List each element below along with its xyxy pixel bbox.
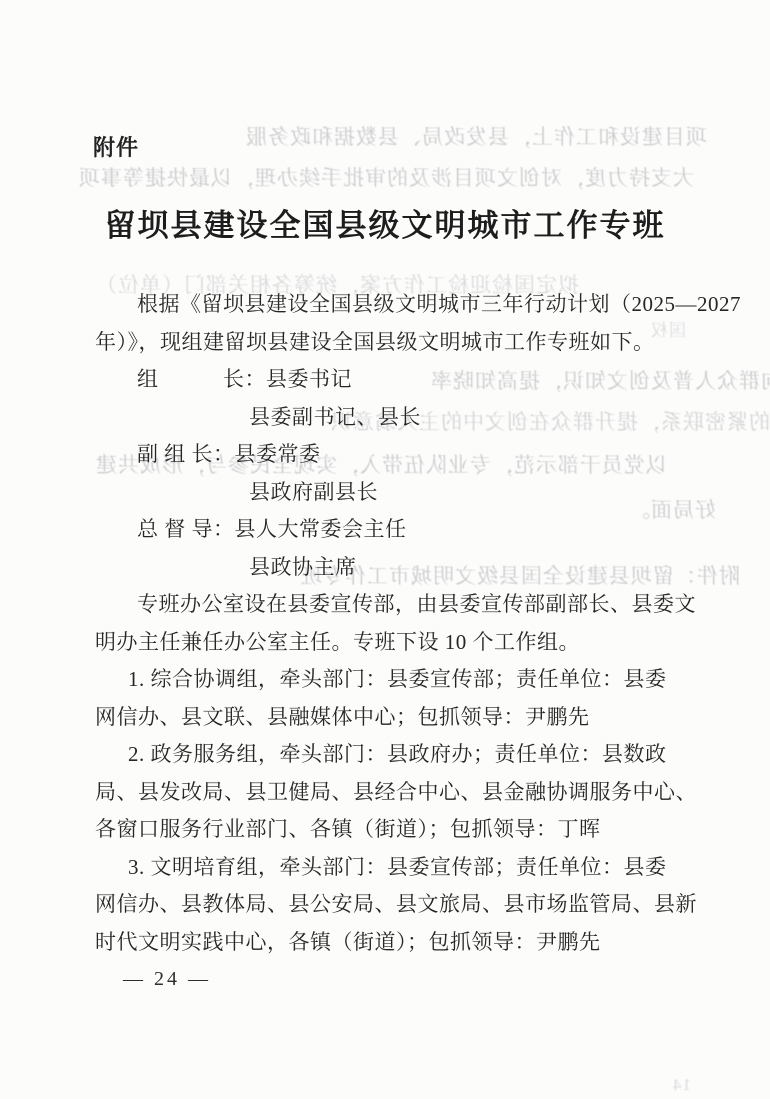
list-item-3-continuation: 时代文明实践中心，各镇（街道）；包抓领导：尹鹏先 xyxy=(95,929,601,956)
page-number: — 24 — xyxy=(123,968,211,991)
list-item-2-continuation: 局、县发改局、县卫健局、县经合中心、县金融协调服务中心、 xyxy=(95,779,697,806)
list-item-1: 1. 综合协调组，牵头部门：县委宣传部；责任单位：县委 xyxy=(128,666,667,693)
list-item-1-continuation: 网信办、县文联、县融媒体中心；包抓领导：尹鹏先 xyxy=(95,704,590,731)
body-line: 根据《留坝县建设全国县级文明城市三年行动计划（2025—2027 xyxy=(137,291,741,318)
list-item-3-continuation: 网信办、县教体局、县公安局、县文旅局、县市场监管局、县新 xyxy=(95,891,697,918)
roster-line-deputy: 副 组 长：县委常委 xyxy=(137,441,321,468)
roster-line-continuation: 县政协主席 xyxy=(249,554,357,581)
roster-line-continuation: 县政府副县长 xyxy=(249,479,378,506)
list-item-3: 3. 文明培育组，牵头部门：县委宣传部；责任单位：县委 xyxy=(128,854,667,881)
body-line: 年）》，现组建留坝县建设全国县级文明城市工作专班如下。 xyxy=(95,329,655,356)
body-line: 明办主任兼任办公室主任。专班下设 10 个工作组。 xyxy=(95,629,580,656)
document-content: 附件 留坝县建设全国县级文明城市工作专班 根据《留坝县建设全国县级文明城市三年行… xyxy=(0,0,770,1099)
doc-title: 留坝县建设全国县级文明城市工作专班 xyxy=(0,200,770,245)
list-item-2-continuation: 各窗口服务行业部门、各镇（街道）；包抓领导：丁晖 xyxy=(95,816,601,843)
roster-line-leader: 组 长：县委书记 xyxy=(137,366,352,393)
roster-line-continuation: 县委副书记、县长 xyxy=(249,404,421,431)
attachment-label: 附件 xyxy=(93,131,139,162)
document-page: 项目建设和工作上，县发改局、县数据和政务服 大支持力度，对创文项目涉及的审批手续… xyxy=(0,0,770,1099)
list-item-2: 2. 政务服务组，牵头部门：县政府办；责任单位：县数政 xyxy=(128,741,667,768)
roster-line-supervisor: 总 督 导：县人大常委会主任 xyxy=(137,516,407,543)
body-line: 专班办公室设在县委宣传部，由县委宣传部副部长、县委文 xyxy=(137,591,696,618)
